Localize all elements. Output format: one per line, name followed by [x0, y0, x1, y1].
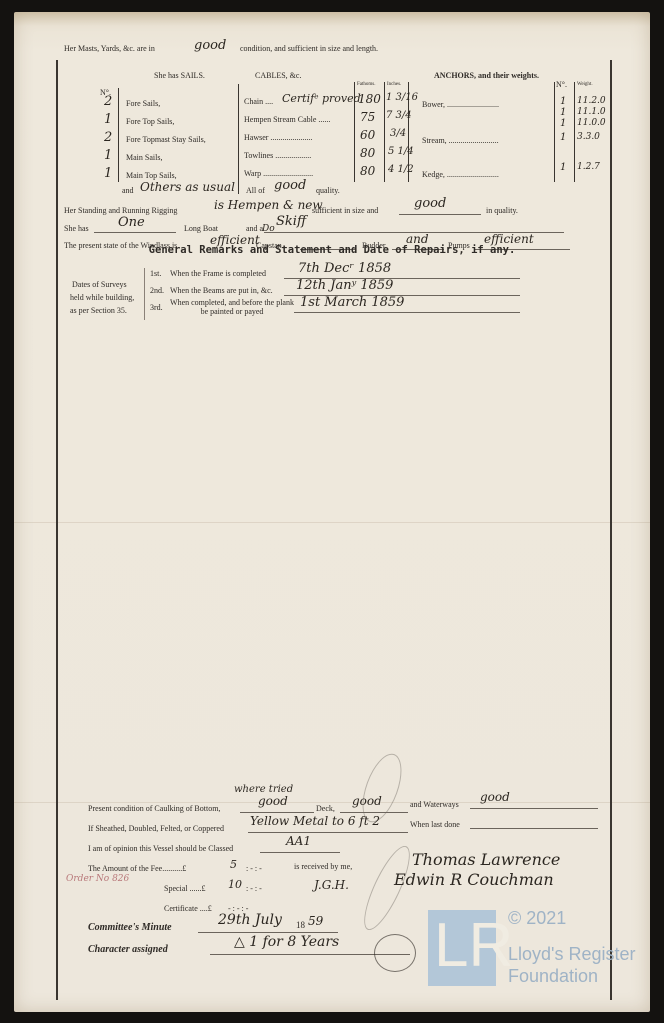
org-name-line2: Foundation [508, 966, 598, 987]
order-number-note: Order No 826 [66, 874, 129, 884]
cable-inches: 7 3/4 [386, 110, 412, 121]
anchor-weight: 11.2.0 [577, 96, 606, 106]
caulking-prefix: Present condition of Caulking of Bottom, [88, 804, 220, 813]
cable-note: Certifᵉ proved [282, 92, 361, 105]
rigging-value: is Hempen & new [214, 198, 323, 212]
cable-inches: 4 1/2 [388, 164, 414, 175]
caulking-bottom: good [258, 794, 288, 808]
anchor-label: Kedge, .......................... [422, 170, 499, 179]
sail-count: 1 [104, 166, 112, 181]
cable-inches: 3/4 [390, 128, 406, 139]
boats-count: One [118, 215, 145, 230]
special-value: 10 [228, 878, 242, 891]
certificate-label: Certificate ....£ [164, 904, 212, 913]
year-suffix: 59 [308, 914, 323, 928]
caulking-bottom-line [240, 812, 314, 813]
copyright-text: © 2021 [508, 908, 566, 929]
right-border-line [610, 60, 612, 1000]
sails-no-divider [118, 88, 119, 182]
cable-label: Towlines .................. [244, 151, 311, 160]
rigging-suffix: in quality. [486, 206, 518, 215]
sail-label: Main Sails, [126, 153, 162, 162]
sails-quality-value: good [274, 178, 306, 193]
rigging-quality: good [414, 196, 446, 211]
survey-text: When the Frame is completed [170, 269, 266, 278]
anchor-no-divider [554, 82, 555, 182]
cable-fathoms: 80 [360, 164, 375, 178]
rigging-middle: sufficient in size and [312, 206, 378, 215]
sheathing-value: Yellow Metal to 6 ft 2 [250, 814, 380, 828]
year-prefix: 18 [296, 920, 305, 930]
masts-suffix: condition, and sufficient in size and le… [240, 44, 378, 53]
rigging-prefix: Her Standing and Running Rigging [64, 206, 177, 215]
paper-fold [14, 522, 650, 523]
committee-minute-line [198, 932, 338, 933]
boats-count-line [94, 232, 176, 233]
anchor-weight: 11.1.0 [577, 107, 606, 117]
anchor-weight-divider [574, 82, 575, 182]
fathoms-label: Fathoms. [357, 82, 375, 87]
lr-logo-icon: LR [428, 910, 496, 986]
cable-inches: 1 3/16 [386, 92, 418, 103]
survey-text: When completed, and before the plank be … [170, 298, 294, 316]
surveys-brace [144, 268, 145, 320]
anchor-label: Bower, .......................... [422, 100, 499, 109]
anchor-no: 1 [560, 96, 566, 107]
sail-label: Main Top Sails, [126, 171, 177, 180]
anchors-weight-label: Weight. [577, 82, 593, 87]
deck-value: good [352, 794, 382, 808]
sail-label: Fore Topmast Stay Sails, [126, 135, 206, 144]
paper-fold [14, 802, 650, 803]
special-rest: : - : - [246, 884, 262, 893]
quality-label: quality. [316, 186, 340, 195]
special-label: Special ......£ [164, 884, 206, 893]
sails-others: Others as usual [140, 180, 235, 194]
surveyor-signature: Edwin R Couchman [394, 870, 554, 889]
sheathing-line [248, 832, 408, 833]
waterways-line [470, 808, 598, 809]
capstan-note: Do [262, 224, 275, 234]
waterways-value: good [480, 790, 510, 804]
anchor-weight: 3.3.0 [577, 132, 600, 142]
rigging-quality-line [399, 214, 481, 215]
sail-count: 1 [104, 112, 112, 127]
survey-date-line [294, 312, 520, 313]
general-remarks-heading: General Remarks and Statement and Date o… [14, 244, 650, 256]
fee-rest: : - : - [246, 864, 262, 873]
waterways-label: and Waterways [410, 800, 459, 809]
long-boat-label: Long Boat [184, 224, 218, 233]
committee-initials-flourish [374, 934, 416, 972]
survey-ordinal: 3rd. [150, 303, 163, 312]
sail-count: 2 [104, 94, 112, 109]
sails-header: She has SAILS. [154, 71, 205, 80]
cable-fathoms: 180 [358, 92, 381, 106]
boats-other: Skiff [276, 214, 306, 229]
masts-value: good [194, 38, 226, 53]
anchor-label: Stream, ......................... [422, 136, 499, 145]
anchor-no: 1 [560, 132, 566, 143]
sail-label: Fore Top Sails, [126, 117, 174, 126]
character-assigned-value: △ 1 for 8 Years [234, 934, 339, 950]
boats-prefix: She has [64, 224, 89, 233]
surveys-label: held while building, [70, 293, 134, 302]
committee-minute-value: 29th July [218, 912, 282, 928]
anchor-weight: 11.0.0 [577, 118, 606, 128]
cable-label: Chain .... [244, 97, 273, 106]
anchor-weight: 1.2.7 [577, 162, 600, 172]
cables-header: CABLES, &c. [255, 71, 301, 80]
survey-date: 7th Decʳ 1858 [298, 261, 391, 276]
survey-ordinal: 1st. [150, 269, 161, 278]
cable-fathoms: 80 [360, 146, 375, 160]
surveyor-signature: Thomas Lawrence [412, 850, 560, 869]
received-label: is received by me, [294, 862, 352, 871]
classed-prefix: I am of opinion this Vessel should be Cl… [88, 844, 233, 853]
anchor-no: 1 [560, 107, 566, 118]
cable-label: Warp ......................... [244, 169, 313, 178]
masts-prefix: Her Masts, Yards, &c. are in [64, 44, 155, 53]
fee-value: 5 [230, 858, 237, 871]
cable-label: Hempen Stream Cable ...... [244, 115, 330, 124]
sails-cables-divider [238, 84, 239, 194]
anchors-header: ANCHORS, and their weights. [434, 71, 539, 80]
classed-value: AA1 [286, 834, 311, 848]
classed-line [260, 852, 340, 853]
when-last-done-label: When last done [410, 820, 460, 829]
cable-inches: 5 1/4 [388, 146, 414, 157]
org-name-line1: Lloyd's Register [508, 944, 636, 965]
survey-date: 1st March 1859 [300, 295, 404, 310]
anchor-no: 1 [560, 162, 566, 173]
sheathing-prefix: If Sheathed, Doubled, Felted, or Coppere… [88, 824, 224, 833]
left-border-line [56, 60, 58, 1000]
surveys-label: as per Section 35. [70, 306, 127, 315]
cable-label: Hawser ..................... [244, 133, 312, 142]
survey-report-page: Her Masts, Yards, &c. are in good condit… [14, 12, 650, 1012]
survey-ordinal: 2nd. [150, 286, 164, 295]
survey-text: When the Beams are put in, &c. [170, 286, 273, 295]
deck-line [340, 812, 408, 813]
anchors-no-label: N°. [556, 80, 567, 89]
sails-and-label: and [122, 186, 134, 195]
inches-label: Inches. [387, 82, 401, 87]
all-of-label: All of [246, 186, 265, 195]
sail-count: 2 [104, 130, 112, 145]
cable-fathoms: 60 [360, 128, 375, 142]
sail-count: 1 [104, 148, 112, 163]
boats-and-label: and a [246, 224, 263, 233]
sail-label: Fore Sails, [126, 99, 160, 108]
cable-fathoms: 75 [360, 110, 375, 124]
character-assigned-label: Character assigned [88, 944, 168, 955]
deck-label: Deck, [316, 804, 335, 813]
surveyor-initials: J.G.H. [314, 878, 349, 892]
inches-divider [384, 82, 385, 182]
survey-date: 12th Janʸ 1859 [296, 278, 393, 293]
surveys-label: Dates of Surveys [72, 280, 127, 289]
committee-minute-label: Committee's Minute [88, 922, 172, 933]
anchor-no: 1 [560, 118, 566, 129]
when-last-done-line [470, 828, 598, 829]
fee-label: The Amount of the Fee..........£ [88, 864, 186, 873]
